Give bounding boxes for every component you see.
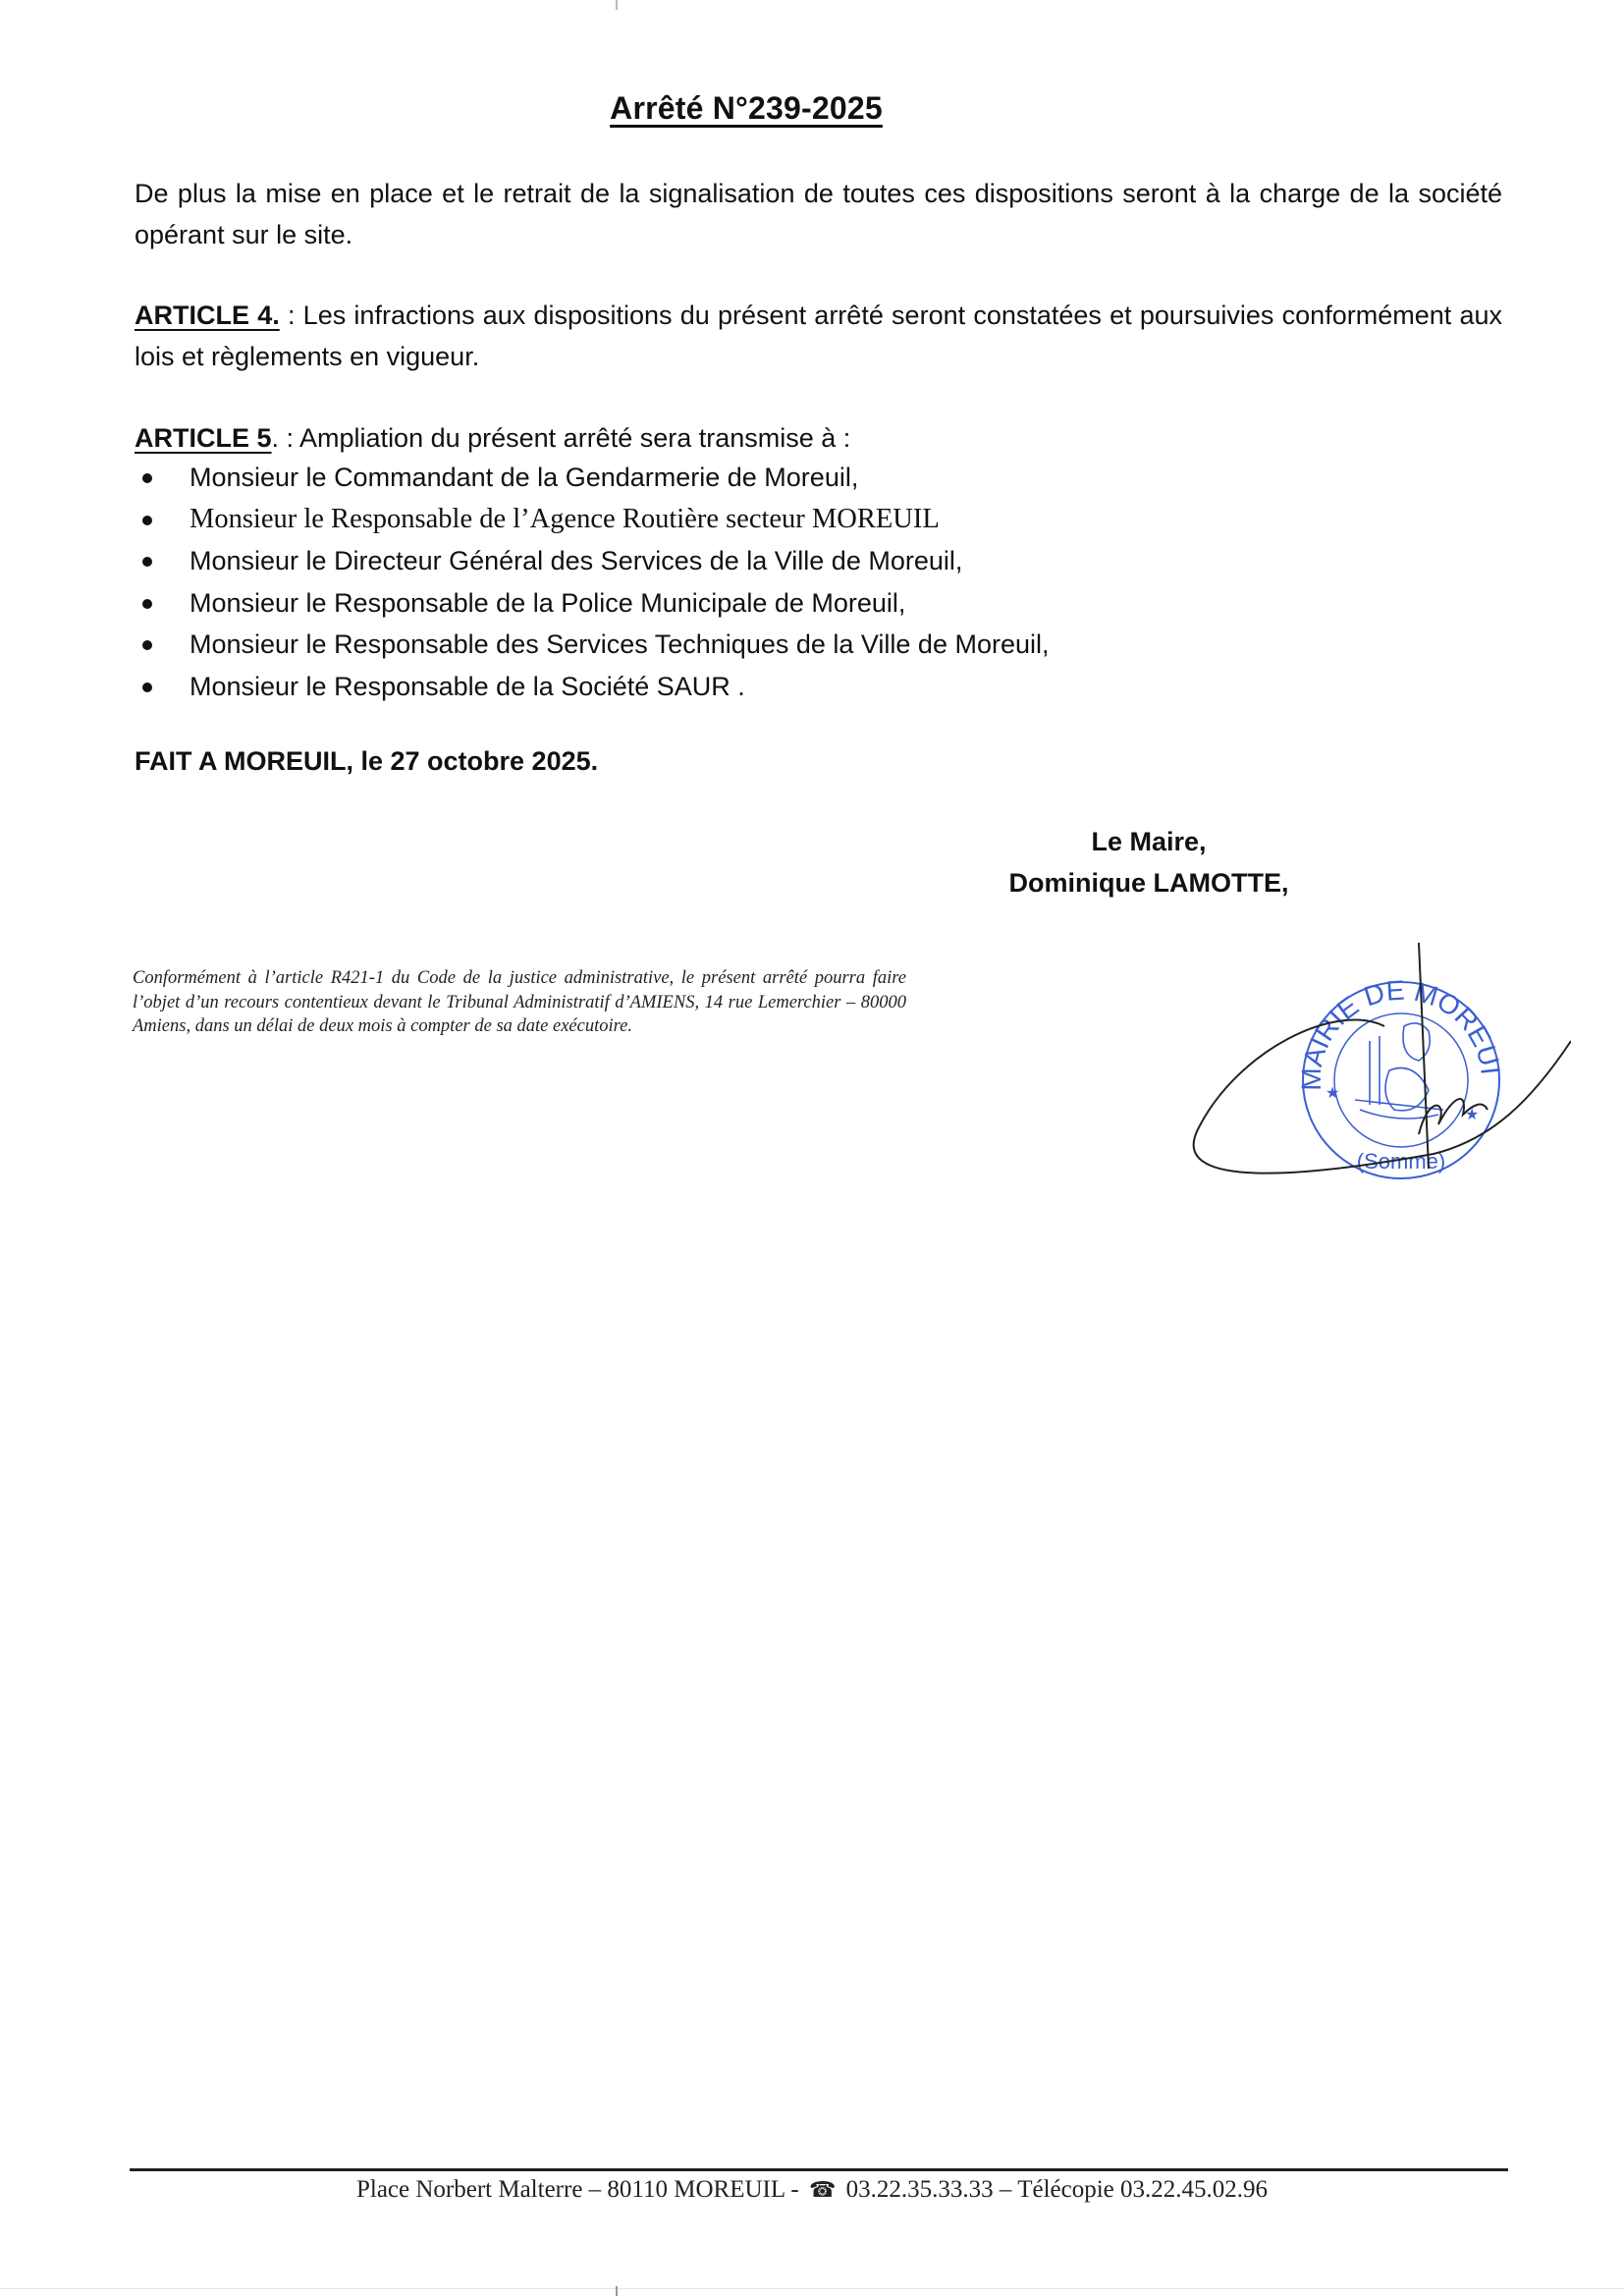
scan-edge-bottom: [0, 2288, 1624, 2289]
svg-text:★: ★: [1465, 1107, 1479, 1123]
scan-mark-bottom: [616, 2286, 618, 2296]
list-item: Monsieur le Responsable de la Société SA…: [135, 666, 1050, 708]
article-4: ARTICLE 4. : Les infractions aux disposi…: [135, 295, 1502, 377]
intro-paragraph: De plus la mise en place et le retrait d…: [135, 173, 1502, 255]
bullet-icon: [142, 599, 152, 609]
article-5-text: . : Ampliation du présent arrêté sera tr…: [272, 423, 851, 453]
footer-phone-fax: 03.22.35.33.33 – Télécopie 03.22.45.02.9…: [846, 2176, 1268, 2203]
svg-text:★: ★: [1326, 1085, 1339, 1102]
signatory-name: Dominique LAMOTTE,: [943, 862, 1355, 903]
legal-notice: Conformément à l’article R421-1 du Code …: [133, 966, 906, 1039]
list-item: Monsieur le Commandant de la Gendarmerie…: [135, 457, 1050, 499]
footer-divider: [130, 2168, 1508, 2171]
bullet-icon: [142, 557, 152, 567]
official-stamp-and-signature: MAIRIE DE MOREUIL (Somme) ★ ★: [1178, 933, 1571, 1208]
list-item: Monsieur le Responsable des Services Tec…: [135, 624, 1050, 666]
article-5: ARTICLE 5. : Ampliation du présent arrêt…: [135, 417, 850, 459]
svg-text:MAIRIE DE MOREUIL: MAIRIE DE MOREUIL: [1178, 933, 1506, 1091]
article-4-label: ARTICLE 4.: [135, 301, 280, 330]
signature-scribble-icon: [1194, 943, 1571, 1174]
signatory-role: Le Maire,: [943, 821, 1355, 862]
svg-text:(Somme): (Somme): [1357, 1149, 1445, 1174]
article-5-label: ARTICLE 5: [135, 423, 272, 453]
footer-contact: Place Norbert Malterre – 80110 MOREUIL -…: [0, 2176, 1624, 2204]
article-4-text: : Les infractions aux dispositions du pr…: [135, 301, 1502, 371]
mairie-stamp-icon: MAIRIE DE MOREUIL (Somme) ★ ★: [1178, 933, 1506, 1178]
bullet-icon: [142, 473, 152, 483]
list-item: Monsieur le Responsable de la Police Mun…: [135, 582, 1050, 625]
list-item: Monsieur le Directeur Général des Servic…: [135, 540, 1050, 582]
list-item: Monsieur le Responsable de l’Agence Rout…: [135, 499, 1050, 541]
bullet-icon: [142, 683, 152, 692]
signatory-block: Le Maire, Dominique LAMOTTE,: [943, 821, 1355, 903]
place-and-date: FAIT A MOREUIL, le 27 octobre 2025.: [135, 746, 598, 777]
bullet-icon: [142, 640, 152, 650]
page-title: Arrêté N°239-2025: [0, 90, 1492, 127]
recipient-list: Monsieur le Commandant de la Gendarmerie…: [135, 457, 1050, 707]
bullet-icon: [142, 516, 152, 525]
footer-address: Place Norbert Malterre – 80110 MOREUIL -: [356, 2176, 799, 2203]
phone-icon: ☎: [809, 2177, 836, 2202]
scan-mark-top: [616, 0, 618, 10]
